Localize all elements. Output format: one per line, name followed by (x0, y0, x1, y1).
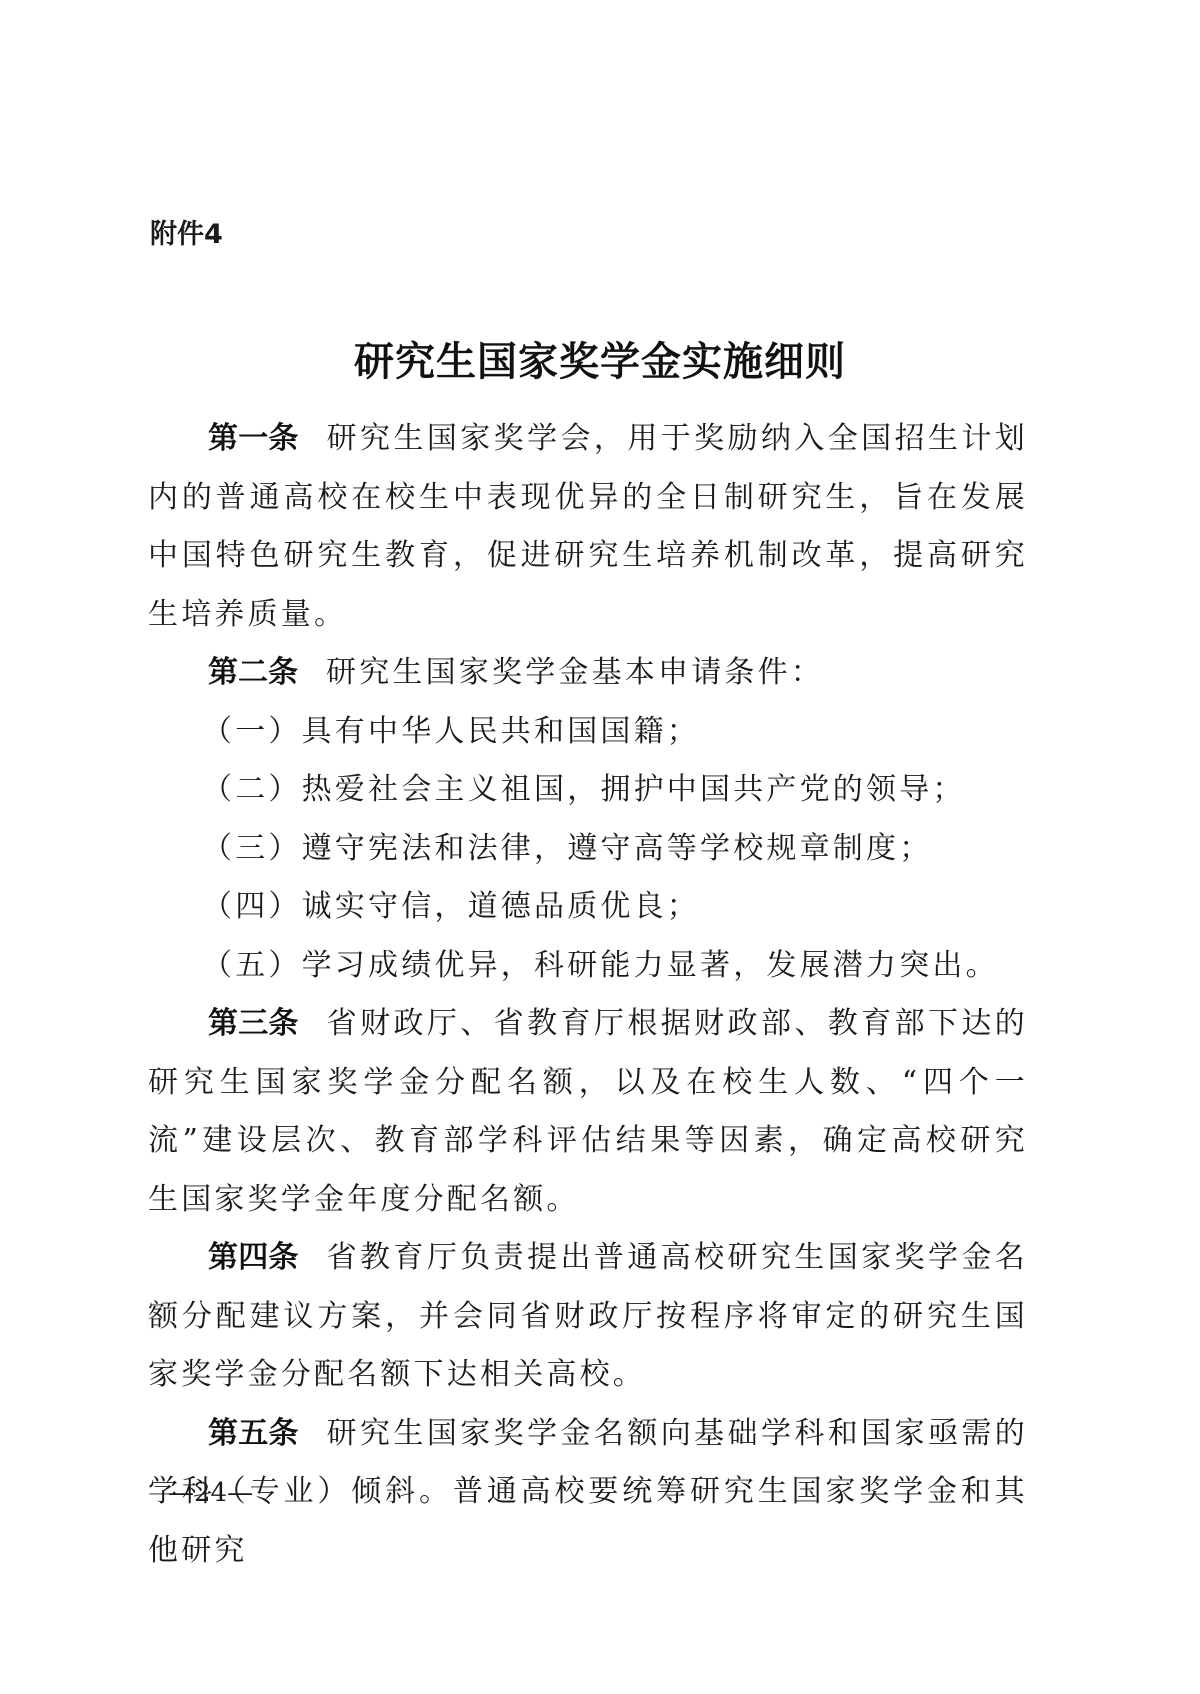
document-page: 附件4 研究生国家奖学金实施细则 第一条研究生国家奖学会，用于奖励纳入全国招生计… (0, 0, 1200, 1694)
article-text: 研究生国家奖学金基本申请条件： (326, 655, 824, 690)
article-3: 第三条省财政厅、省教育厅根据财政部、教育部下达的研究生国家奖学金分配名额，以及在… (148, 995, 1028, 1229)
condition-item: （四）诚实守信，道德品质优良； (148, 878, 1028, 937)
article-4: 第四条省教育厅负责提出普通高校研究生国家奖学金名额分配建议方案，并会同省财政厅按… (148, 1229, 1028, 1405)
condition-item: （三）遵守宪法和法律，遵守高等学校规章制度； (148, 820, 1028, 879)
article-2: 第二条研究生国家奖学金基本申请条件： (148, 644, 1028, 703)
article-1: 第一条研究生国家奖学会，用于奖励纳入全国招生计划内的普通高校在校生中表现优异的全… (148, 410, 1028, 644)
article-5: 第五条研究生国家奖学金名额向基础学科和国家亟需的学科（专业）倾斜。普通高校要统筹… (148, 1405, 1028, 1581)
attachment-label: 附件4 (150, 212, 223, 251)
article-number: 第四条 (208, 1240, 299, 1275)
condition-item: （五）学习成绩优异，科研能力显著，发展潜力突出。 (148, 937, 1028, 996)
condition-item: （二）热爱社会主义祖国，拥护中国共产党的领导； (148, 761, 1028, 820)
article-number: 第一条 (208, 421, 299, 456)
document-body: 第一条研究生国家奖学会，用于奖励纳入全国招生计划内的普通高校在校生中表现优异的全… (148, 410, 1028, 1580)
document-title: 研究生国家奖学金实施细则 (0, 330, 1200, 387)
page-number: —24— (168, 1478, 253, 1508)
article-number: 第五条 (208, 1416, 299, 1451)
condition-item: （一）具有中华人民共和国国籍； (148, 703, 1028, 762)
article-number: 第二条 (208, 655, 298, 690)
article-number: 第三条 (208, 1006, 299, 1041)
